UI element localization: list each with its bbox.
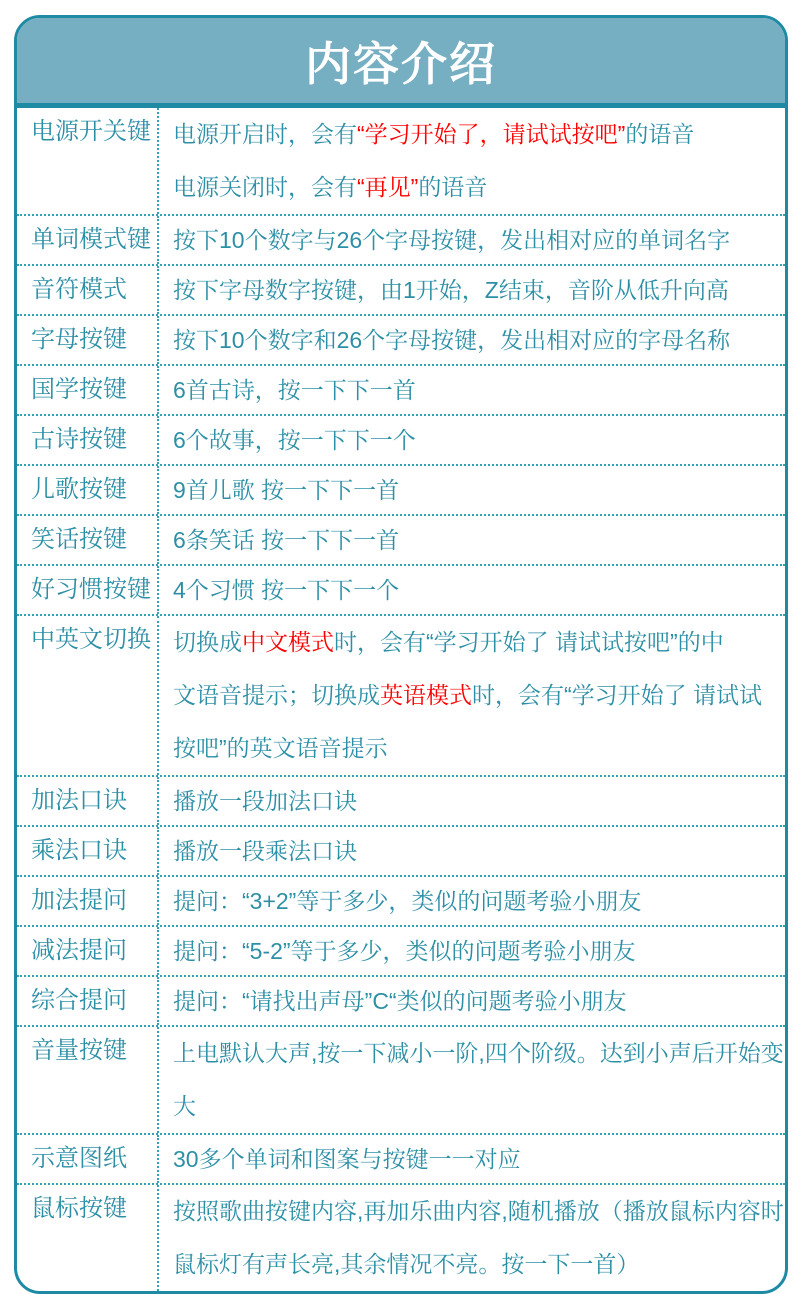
content-line: 播放一段乘法口诀 [173,827,785,875]
row-content: 4个习惯 按一下下一个 [159,566,785,614]
row-content: 提问：“5-2”等于多少，类似的问题考验小朋友 [159,927,785,975]
table-row: 中英文切换切换成中文模式时，会有“学习开始了 请试试按吧”的中文语音提示；切换成… [17,616,785,777]
content-text: 按吧”的英文语音提示 [173,735,388,761]
row-label: 音量按键 [17,1027,159,1133]
content-line: 按下10个数字与26个字母按键，发出相对应的单词名字 [173,216,785,264]
content-line: 30多个单词和图案与按键一一对应 [173,1135,785,1183]
highlight-text: 中文模式 [242,629,334,655]
row-label: 单词模式键 [17,216,159,264]
content-line: 4个习惯 按一下下一个 [173,566,785,614]
row-label: 综合提问 [17,977,159,1025]
table-row: 笑话按键6条笑话 按一下下一首 [17,516,785,566]
content-text: 播放一段乘法口诀 [173,838,357,864]
content-line: 6条笑话 按一下下一首 [173,516,785,564]
table-row: 字母按键按下10个数字和26个字母按键，发出相对应的字母名称 [17,316,785,366]
content-text: 的语音 [625,121,694,147]
row-content: 按照歌曲按键内容,再加乐曲内容,随机播放（播放鼠标内容时,鼠标灯有声长亮,其余情… [159,1185,788,1291]
row-content: 播放一段加法口诀 [159,777,785,825]
row-content: 9首儿歌 按一下下一首 [159,466,785,514]
row-content: 按下10个数字与26个字母按键，发出相对应的单词名字 [159,216,785,264]
row-label: 加法口诀 [17,777,159,825]
content-text: 提问：“请找出声母”C“类似的问题考验小朋友 [173,988,627,1014]
content-text: 文语音提示；切换成 [173,682,380,708]
row-label: 古诗按键 [17,416,159,464]
table-row: 综合提问提问：“请找出声母”C“类似的问题考验小朋友 [17,977,785,1027]
content-text: 6条笑话 按一下下一首 [173,527,399,553]
content-line: 6个故事，按一下下一个 [173,416,785,464]
content-text: 4个习惯 按一下下一个 [173,577,399,603]
content-line: 9首儿歌 按一下下一首 [173,466,785,514]
content-line: 电源关闭时，会有“再见”的语音 [173,161,785,214]
row-content: 6个故事，按一下下一个 [159,416,785,464]
content-line: 提问：“5-2”等于多少，类似的问题考验小朋友 [173,927,785,975]
content-text: 电源关闭时，会有 [173,174,357,200]
content-text: 30多个单词和图案与按键一一对应 [173,1146,521,1172]
content-line: 大 [173,1080,785,1133]
table-row: 示意图纸30多个单词和图案与按键一一对应 [17,1135,785,1185]
content-text: 播放一段加法口诀 [173,788,357,814]
content-text: 上电默认大声,按一下减小一阶,四个阶级。达到小声后开始变 [173,1040,784,1066]
content-text: 9首儿歌 按一下下一首 [173,477,399,503]
content-text: 大 [173,1093,196,1119]
row-label: 中英文切换 [17,616,159,775]
table-row: 减法提问提问：“5-2”等于多少，类似的问题考验小朋友 [17,927,785,977]
row-label: 示意图纸 [17,1135,159,1183]
row-label: 加法提问 [17,877,159,925]
content-line: 按照歌曲按键内容,再加乐曲内容,随机播放（播放鼠标内容时, [173,1185,788,1238]
content-intro-card: 内容介绍 电源开关键电源开启时，会有“学习开始了，请试试按吧”的语音电源关闭时，… [14,15,788,1294]
table-row: 儿歌按键9首儿歌 按一下下一首 [17,466,785,516]
content-table: 电源开关键电源开启时，会有“学习开始了，请试试按吧”的语音电源关闭时，会有“再见… [17,108,785,1291]
content-text: 时，会有“学习开始了 请试试按吧”的中 [334,629,724,655]
row-label: 字母按键 [17,316,159,364]
highlight-text: “再见” [357,174,418,200]
content-text: 按下字母数字按键，由1开始，Z结束，音阶从低升向高 [173,277,729,303]
row-content: 提问：“请找出声母”C“类似的问题考验小朋友 [159,977,785,1025]
content-text: 的语音 [418,174,487,200]
row-content: 按下10个数字和26个字母按键，发出相对应的字母名称 [159,316,785,364]
content-line: 上电默认大声,按一下减小一阶,四个阶级。达到小声后开始变 [173,1027,785,1080]
table-row: 鼠标按键按照歌曲按键内容,再加乐曲内容,随机播放（播放鼠标内容时,鼠标灯有声长亮… [17,1185,785,1291]
row-label: 减法提问 [17,927,159,975]
row-content: 6条笑话 按一下下一首 [159,516,785,564]
row-label: 电源开关键 [17,108,159,214]
table-row: 音量按键上电默认大声,按一下减小一阶,四个阶级。达到小声后开始变大 [17,1027,785,1135]
table-row: 加法口诀播放一段加法口诀 [17,777,785,827]
content-text: 按下10个数字和26个字母按键，发出相对应的字母名称 [173,327,730,353]
content-text: 提问：“5-2”等于多少，类似的问题考验小朋友 [173,938,636,964]
row-label: 鼠标按键 [17,1185,159,1291]
content-line: 播放一段加法口诀 [173,777,785,825]
row-label: 乘法口诀 [17,827,159,875]
content-line: 按下10个数字和26个字母按键，发出相对应的字母名称 [173,316,785,364]
content-text: 电源开启时，会有 [173,121,357,147]
row-label: 好习惯按键 [17,566,159,614]
highlight-text: 英语模式 [380,682,472,708]
content-text: 时，会有“学习开始了 请试试 [472,682,762,708]
content-line: 鼠标灯有声长亮,其余情况不亮。按一下一首） [173,1238,788,1291]
row-label: 笑话按键 [17,516,159,564]
row-content: 播放一段乘法口诀 [159,827,785,875]
row-content: 上电默认大声,按一下减小一阶,四个阶级。达到小声后开始变大 [159,1027,785,1133]
table-row: 加法提问提问：“3+2”等于多少，类似的问题考验小朋友 [17,877,785,927]
content-text: 按下10个数字与26个字母按键，发出相对应的单词名字 [173,227,730,253]
content-line: 6首古诗，按一下下一首 [173,366,785,414]
table-row: 单词模式键按下10个数字与26个字母按键，发出相对应的单词名字 [17,216,785,266]
row-content: 按下字母数字按键，由1开始，Z结束，音阶从低升向高 [159,266,785,314]
table-row: 古诗按键6个故事，按一下下一个 [17,416,785,466]
content-text: 6个故事，按一下下一个 [173,427,416,453]
row-content: 提问：“3+2”等于多少，类似的问题考验小朋友 [159,877,785,925]
row-label: 儿歌按键 [17,466,159,514]
highlight-text: “学习开始了，请试试按吧” [357,121,625,147]
card-header: 内容介绍 [17,18,785,108]
content-line: 提问：“3+2”等于多少，类似的问题考验小朋友 [173,877,785,925]
row-label: 国学按键 [17,366,159,414]
content-text: 切换成 [173,629,242,655]
content-text: 按照歌曲按键内容,再加乐曲内容,随机播放（播放鼠标内容时, [173,1198,788,1224]
content-text: 提问：“3+2”等于多少，类似的问题考验小朋友 [173,888,641,914]
row-content: 切换成中文模式时，会有“学习开始了 请试试按吧”的中文语音提示；切换成英语模式时… [159,616,785,775]
table-row: 国学按键6首古诗，按一下下一首 [17,366,785,416]
content-text: 鼠标灯有声长亮,其余情况不亮。按一下一首） [173,1251,639,1277]
row-label: 音符模式 [17,266,159,314]
table-row: 乘法口诀播放一段乘法口诀 [17,827,785,877]
page-title: 内容介绍 [305,28,497,94]
content-line: 按吧”的英文语音提示 [173,722,785,775]
content-line: 按下字母数字按键，由1开始，Z结束，音阶从低升向高 [173,266,785,314]
content-line: 电源开启时，会有“学习开始了，请试试按吧”的语音 [173,108,785,161]
table-row: 好习惯按键4个习惯 按一下下一个 [17,566,785,616]
table-row: 音符模式按下字母数字按键，由1开始，Z结束，音阶从低升向高 [17,266,785,316]
row-content: 30多个单词和图案与按键一一对应 [159,1135,785,1183]
content-text: 6首古诗，按一下下一首 [173,377,416,403]
row-content: 6首古诗，按一下下一首 [159,366,785,414]
content-line: 切换成中文模式时，会有“学习开始了 请试试按吧”的中 [173,616,785,669]
table-row: 电源开关键电源开启时，会有“学习开始了，请试试按吧”的语音电源关闭时，会有“再见… [17,108,785,216]
content-line: 提问：“请找出声母”C“类似的问题考验小朋友 [173,977,785,1025]
row-content: 电源开启时，会有“学习开始了，请试试按吧”的语音电源关闭时，会有“再见”的语音 [159,108,785,214]
content-line: 文语音提示；切换成英语模式时，会有“学习开始了 请试试 [173,669,785,722]
